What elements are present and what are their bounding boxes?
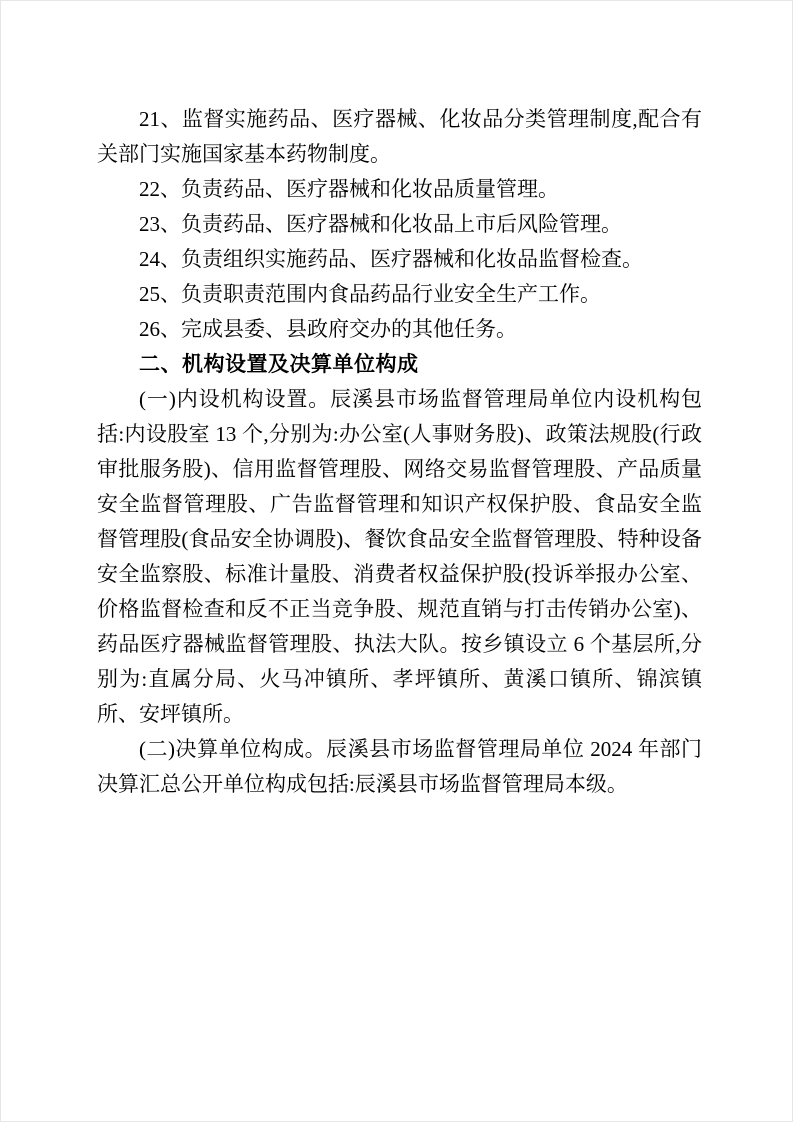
section-heading: 二、机构设置及决算单位构成 bbox=[97, 347, 702, 382]
list-item-22: 22、负责药品、医疗器械和化妆品质量管理。 bbox=[97, 172, 702, 207]
paragraph-internal-org: (一)内设机构设置。辰溪县市场监督管理局单位内设机构包括:内设股室 13 个,分… bbox=[97, 382, 702, 732]
list-item-26: 26、完成县委、县政府交办的其他任务。 bbox=[97, 312, 702, 347]
list-item-21: 21、监督实施药品、医疗器械、化妆品分类管理制度,配合有关部门实施国家基本药物制… bbox=[97, 102, 702, 172]
list-item-23: 23、负责药品、医疗器械和化妆品上市后风险管理。 bbox=[97, 207, 702, 242]
paragraph-budget-units: (二)决算单位构成。辰溪县市场监督管理局单位 2024 年部门决算汇总公开单位构… bbox=[97, 732, 702, 802]
document-body: 21、监督实施药品、医疗器械、化妆品分类管理制度,配合有关部门实施国家基本药物制… bbox=[97, 102, 702, 802]
list-item-24: 24、负责组织实施药品、医疗器械和化妆品监督检查。 bbox=[97, 242, 702, 277]
list-item-25: 25、负责职责范围内食品药品行业安全生产工作。 bbox=[97, 277, 702, 312]
document-page: 21、监督实施药品、医疗器械、化妆品分类管理制度,配合有关部门实施国家基本药物制… bbox=[0, 0, 793, 1122]
